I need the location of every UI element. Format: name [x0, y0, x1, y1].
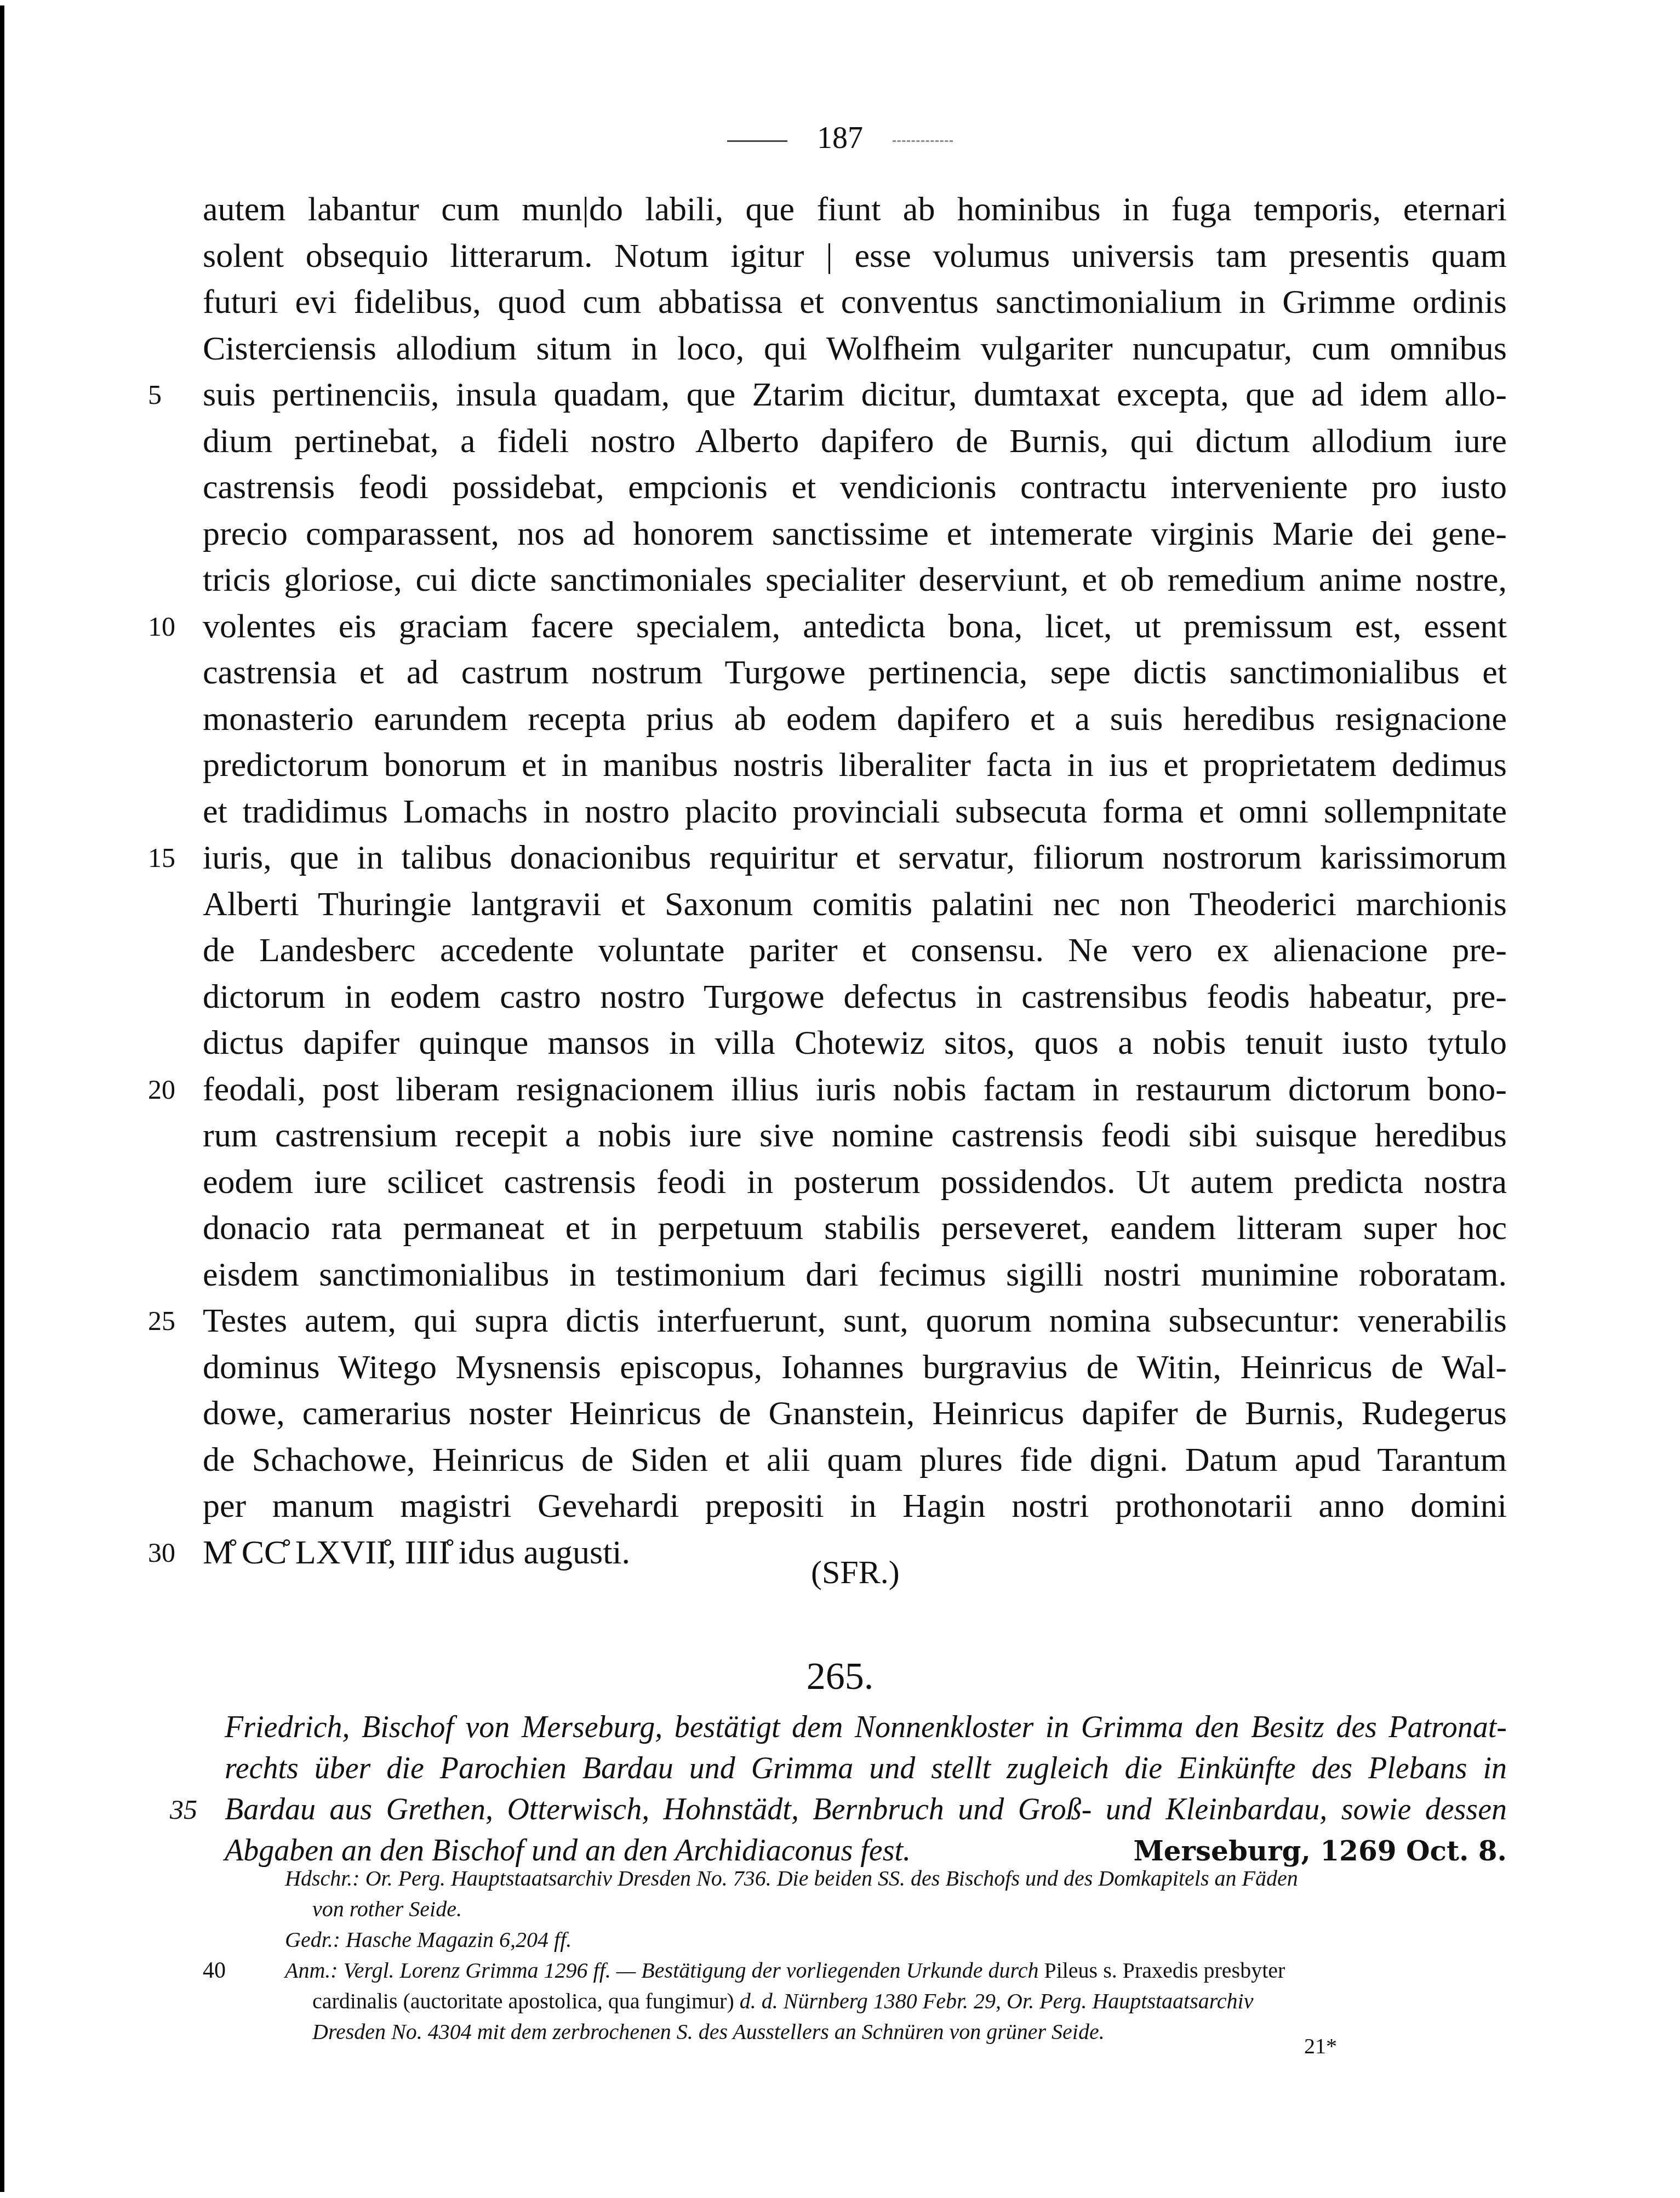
text-line: dowe, camerarius noster Heinricus de Gna…	[203, 1390, 1507, 1437]
line-text: dowe, camerarius noster Heinricus de Gna…	[203, 1395, 1507, 1432]
page-number: 187	[817, 121, 863, 155]
line-text: Bardau aus Grethen, Otterwisch, Hohnstäd…	[225, 1792, 1507, 1826]
line-text: dominus Witego Mysnensis episcopus, Ioha…	[203, 1349, 1507, 1386]
header-rule-right	[893, 140, 953, 142]
line-text: feodali, post liberam resignacionem illi…	[203, 1071, 1507, 1108]
line-text: per manum magistri Gevehardi prepositi i…	[203, 1487, 1507, 1525]
line-text: rum castrensium recepit a nobis iure siv…	[203, 1117, 1507, 1154]
line-text: autem labantur cum mun|do labili, que fi…	[203, 191, 1507, 228]
text-line: precio comparassent, nos ad honorem sanc…	[203, 511, 1507, 557]
text-line: castrensia et ad castrum nostrum Turgowe…	[203, 649, 1507, 696]
note-manuscript-cont: von rother Seide.	[285, 1894, 1512, 1925]
line-text: de Schachowe, Heinricus de Siden et alii…	[203, 1441, 1507, 1478]
text-line: Alberti Thuringie lantgravii et Saxonum …	[203, 881, 1507, 928]
regest: Friedrich, Bischof von Merseburg, bestät…	[225, 1707, 1507, 1871]
line-text: Friedrich, Bischof von Merseburg, bestät…	[225, 1710, 1507, 1744]
line-text: suis pertinenciis, insula quadam, que Zt…	[203, 376, 1507, 413]
text-line: dictorum in eodem castro nostro Turgowe …	[203, 974, 1507, 1020]
text-line: Friedrich, Bischof von Merseburg, bestät…	[225, 1707, 1507, 1748]
line-text: tricis gloriose, cui dicte sanctimoniale…	[203, 561, 1507, 598]
line-text: monasterio earundem recepta prius ab eod…	[203, 700, 1507, 738]
text-line: Cisterciensis allodium situm in loco, qu…	[203, 326, 1507, 372]
text-line: de Schachowe, Heinricus de Siden et alii…	[203, 1437, 1507, 1483]
line-text: dictorum in eodem castro nostro Turgowe …	[203, 978, 1507, 1015]
note-remark-line2: cardinalis (auctoritate apostolica, qua …	[285, 1986, 1512, 2017]
text-line: rum castrensium recepit a nobis iure siv…	[203, 1112, 1507, 1159]
signature-mark: 21*	[1304, 2033, 1337, 2059]
line-text: eisdem sanctimonialibus in testimonium d…	[203, 1256, 1507, 1293]
line-number: 30	[148, 1529, 192, 1576]
line-text: dium pertinebat, a fideli nostro Alberto…	[203, 423, 1507, 460]
line-text: Alberti Thuringie lantgravii et Saxonum …	[203, 886, 1507, 923]
line-text: eodem iure scilicet castrensis feodi in …	[203, 1163, 1507, 1201]
line-number: 40	[203, 1955, 247, 1986]
line-text: iuris, que in talibus donacionibus requi…	[203, 839, 1507, 876]
header-rule-left	[727, 140, 787, 142]
scan-border	[0, 5, 4, 2192]
line-text: rechts über die Parochien Bardau und Gri…	[225, 1751, 1507, 1785]
text-line: dictus dapifer quinque mansos in villa C…	[203, 1020, 1507, 1066]
line-number: 10	[148, 603, 192, 650]
text-line: 15iuris, que in talibus donacionibus req…	[203, 835, 1507, 881]
note-printed: Gedr.: Hasche Magazin 6,204 ff.	[285, 1925, 1512, 1955]
line-text: Testes autem, qui supra dictis interfuer…	[203, 1302, 1507, 1339]
text-line: eodem iure scilicet castrensis feodi in …	[203, 1159, 1507, 1206]
page-header: 187	[0, 121, 1680, 156]
text-line: tricis gloriose, cui dicte sanctimoniale…	[203, 557, 1507, 603]
line-text: M̊ CC̊ LXVII̊, IIII̊ idus augusti.	[203, 1534, 630, 1571]
line-number: 15	[148, 835, 192, 881]
text-line: et tradidimus Lomachs in nostro placito …	[203, 789, 1507, 835]
line-text: castrensis feodi possidebat, empcionis e…	[203, 469, 1507, 506]
document-number: 265.	[0, 1655, 1680, 1699]
line-number: 20	[148, 1066, 192, 1113]
apparatus-notes: Hdschr.: Or. Perg. Hauptstaatsarchiv Dre…	[285, 1863, 1512, 2047]
line-text: donacio rata permaneat et in perpetuum s…	[203, 1209, 1507, 1247]
line-text: Abgaben an den Bischof und an den Archid…	[225, 1834, 911, 1868]
line-text: et tradidimus Lomachs in nostro placito …	[203, 793, 1507, 830]
charter-text: autem labantur cum mun|do labili, que fi…	[203, 186, 1507, 1575]
text-line: donacio rata permaneat et in perpetuum s…	[203, 1205, 1507, 1252]
line-text: volentes eis graciam facere specialem, a…	[203, 608, 1507, 645]
note-remark: 40 Anm.: Vergl. Lorenz Grimma 1296 ff. —…	[285, 1955, 1512, 1986]
remark-text: Anm.: Vergl. Lorenz Grimma 1296 ff. — Be…	[285, 1958, 1044, 1983]
text-line: monasterio earundem recepta prius ab eod…	[203, 696, 1507, 743]
remark-text: d. d. Nürnberg 1380 Febr. 29, Or. Perg. …	[740, 1989, 1254, 2013]
text-line: 35Bardau aus Grethen, Otterwisch, Hohnst…	[225, 1789, 1507, 1830]
line-number: 35	[170, 1789, 214, 1830]
line-text: Cisterciensis allodium situm in loco, qu…	[203, 330, 1507, 367]
text-line: castrensis feodi possidebat, empcionis e…	[203, 464, 1507, 511]
line-text: de Landesberc accedente voluntate parite…	[203, 932, 1507, 969]
text-line: 20feodali, post liberam resignacionem il…	[203, 1066, 1507, 1113]
text-line: autem labantur cum mun|do labili, que fi…	[203, 186, 1507, 233]
text-line: solent obsequio litterarum. Notum igitur…	[203, 233, 1507, 279]
text-line: predictorum bonorum et in manibus nostri…	[203, 742, 1507, 789]
line-text: solent obsequio litterarum. Notum igitur…	[203, 237, 1507, 275]
line-text: dictus dapifer quinque mansos in villa C…	[203, 1024, 1507, 1061]
remark-text-roman: Pileus s. Praxedis presbyter	[1044, 1958, 1285, 1983]
text-line: rechts über die Parochien Bardau und Gri…	[225, 1748, 1507, 1789]
remark-text-roman: cardinalis (auctoritate apostolica, qua …	[312, 1989, 740, 2013]
text-line: 25Testes autem, qui supra dictis interfu…	[203, 1298, 1507, 1344]
line-text: futuri evi fidelibus, quod cum abbatissa…	[203, 283, 1507, 321]
seal-note: (SFR.)	[811, 1554, 900, 1591]
text-line: 5suis pertinenciis, insula quadam, que Z…	[203, 372, 1507, 418]
line-number: 25	[148, 1298, 192, 1344]
line-number: 5	[148, 372, 192, 418]
text-line: eisdem sanctimonialibus in testimonium d…	[203, 1252, 1507, 1298]
text-line: 10volentes eis graciam facere specialem,…	[203, 603, 1507, 650]
text-line: dium pertinebat, a fideli nostro Alberto…	[203, 418, 1507, 465]
line-text: castrensia et ad castrum nostrum Turgowe…	[203, 654, 1507, 691]
text-line: per manum magistri Gevehardi prepositi i…	[203, 1483, 1507, 1529]
text-line: de Landesberc accedente voluntate parite…	[203, 927, 1507, 974]
note-manuscript: Hdschr.: Or. Perg. Hauptstaatsarchiv Dre…	[285, 1863, 1512, 1894]
line-text: predictorum bonorum et in manibus nostri…	[203, 746, 1507, 784]
line-text: precio comparassent, nos ad honorem sanc…	[203, 515, 1507, 552]
text-line: futuri evi fidelibus, quod cum abbatissa…	[203, 279, 1507, 326]
text-line: dominus Witego Mysnensis episcopus, Ioha…	[203, 1344, 1507, 1391]
